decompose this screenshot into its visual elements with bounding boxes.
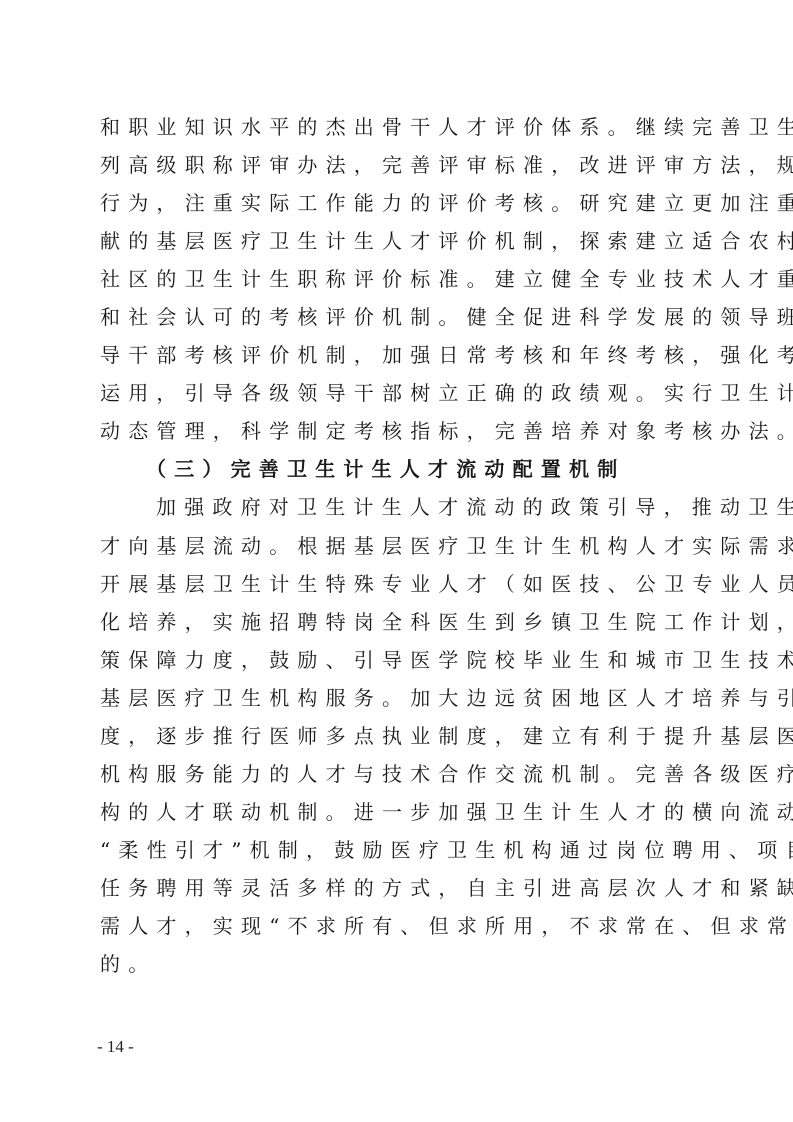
text-line: 任务聘用等灵活多样的方式，自主引进高层次人才和紧缺专业急: [100, 869, 700, 907]
text-line: 行为，注重实际工作能力的评价考核。研究建立更加注重实际贡: [100, 184, 700, 222]
text-line: 才向基层流动。根据基层医疗卫生计生机构人才实际需求，创新: [100, 527, 700, 565]
text-line: 动态管理，科学制定考核指标，完善培养对象考核办法。: [100, 412, 700, 450]
document-page: 和职业知识水平的杰出骨干人才评价体系。继续完善卫生计生系 列高级职称评审办法，完…: [0, 0, 793, 1122]
text-line: 献的基层医疗卫生计生人才评价机制，探索建立适合农村和城市: [100, 222, 700, 260]
text-line: 社区的卫生计生职称评价标准。建立健全专业技术人才重在业内: [100, 260, 700, 298]
text-line: 的。: [100, 945, 700, 983]
text-line: 列高级职称评审办法，完善评审标准，改进评审方法，规范评审: [100, 146, 700, 184]
text-line: 运用，引导各级领导干部树立正确的政绩观。实行卫生计生人才: [100, 374, 700, 412]
text-line: 开展基层卫生计生特殊专业人才（如医技、公卫专业人员）本土: [100, 565, 700, 603]
text-line: 化培养，实施招聘特岗全科医生到乡镇卫生院工作计划，加大政: [100, 603, 700, 641]
section-heading: （三）完善卫生计生人才流动配置机制: [100, 450, 700, 488]
text-line: 需人才，实现“不求所有、但求所用，不求常在、但求常来”的目: [100, 907, 700, 945]
page-number: - 14 -: [97, 1037, 134, 1057]
body-text: 和职业知识水平的杰出骨干人才评价体系。继续完善卫生计生系 列高级职称评审办法，完…: [100, 108, 700, 983]
text-line: 度，逐步推行医师多点执业制度，建立有利于提升基层医疗卫生: [100, 717, 700, 755]
text-line: 和职业知识水平的杰出骨干人才评价体系。继续完善卫生计生系: [100, 108, 700, 146]
text-line: 加强政府对卫生计生人才流动的政策引导，推动卫生计生人: [100, 488, 700, 526]
text-line: 导干部考核评价机制，加强日常考核和年终考核，强化考核结果: [100, 336, 700, 374]
text-line: 构的人才联动机制。进一步加强卫生计生人才的横向流动，完善: [100, 793, 700, 831]
text-line: 策保障力度，鼓励、引导医学院校毕业生和城市卫生技术人员到: [100, 641, 700, 679]
text-line: 基层医疗卫生机构服务。加大边远贫困地区人才培养与引进力: [100, 679, 700, 717]
text-line: 机构服务能力的人才与技术合作交流机制。完善各级医疗卫生机: [100, 755, 700, 793]
text-line: “柔性引才”机制，鼓励医疗卫生机构通过岗位聘用、项目聘用、: [100, 831, 700, 869]
text-line: 和社会认可的考核评价机制。健全促进科学发展的领导班子和领: [100, 298, 700, 336]
